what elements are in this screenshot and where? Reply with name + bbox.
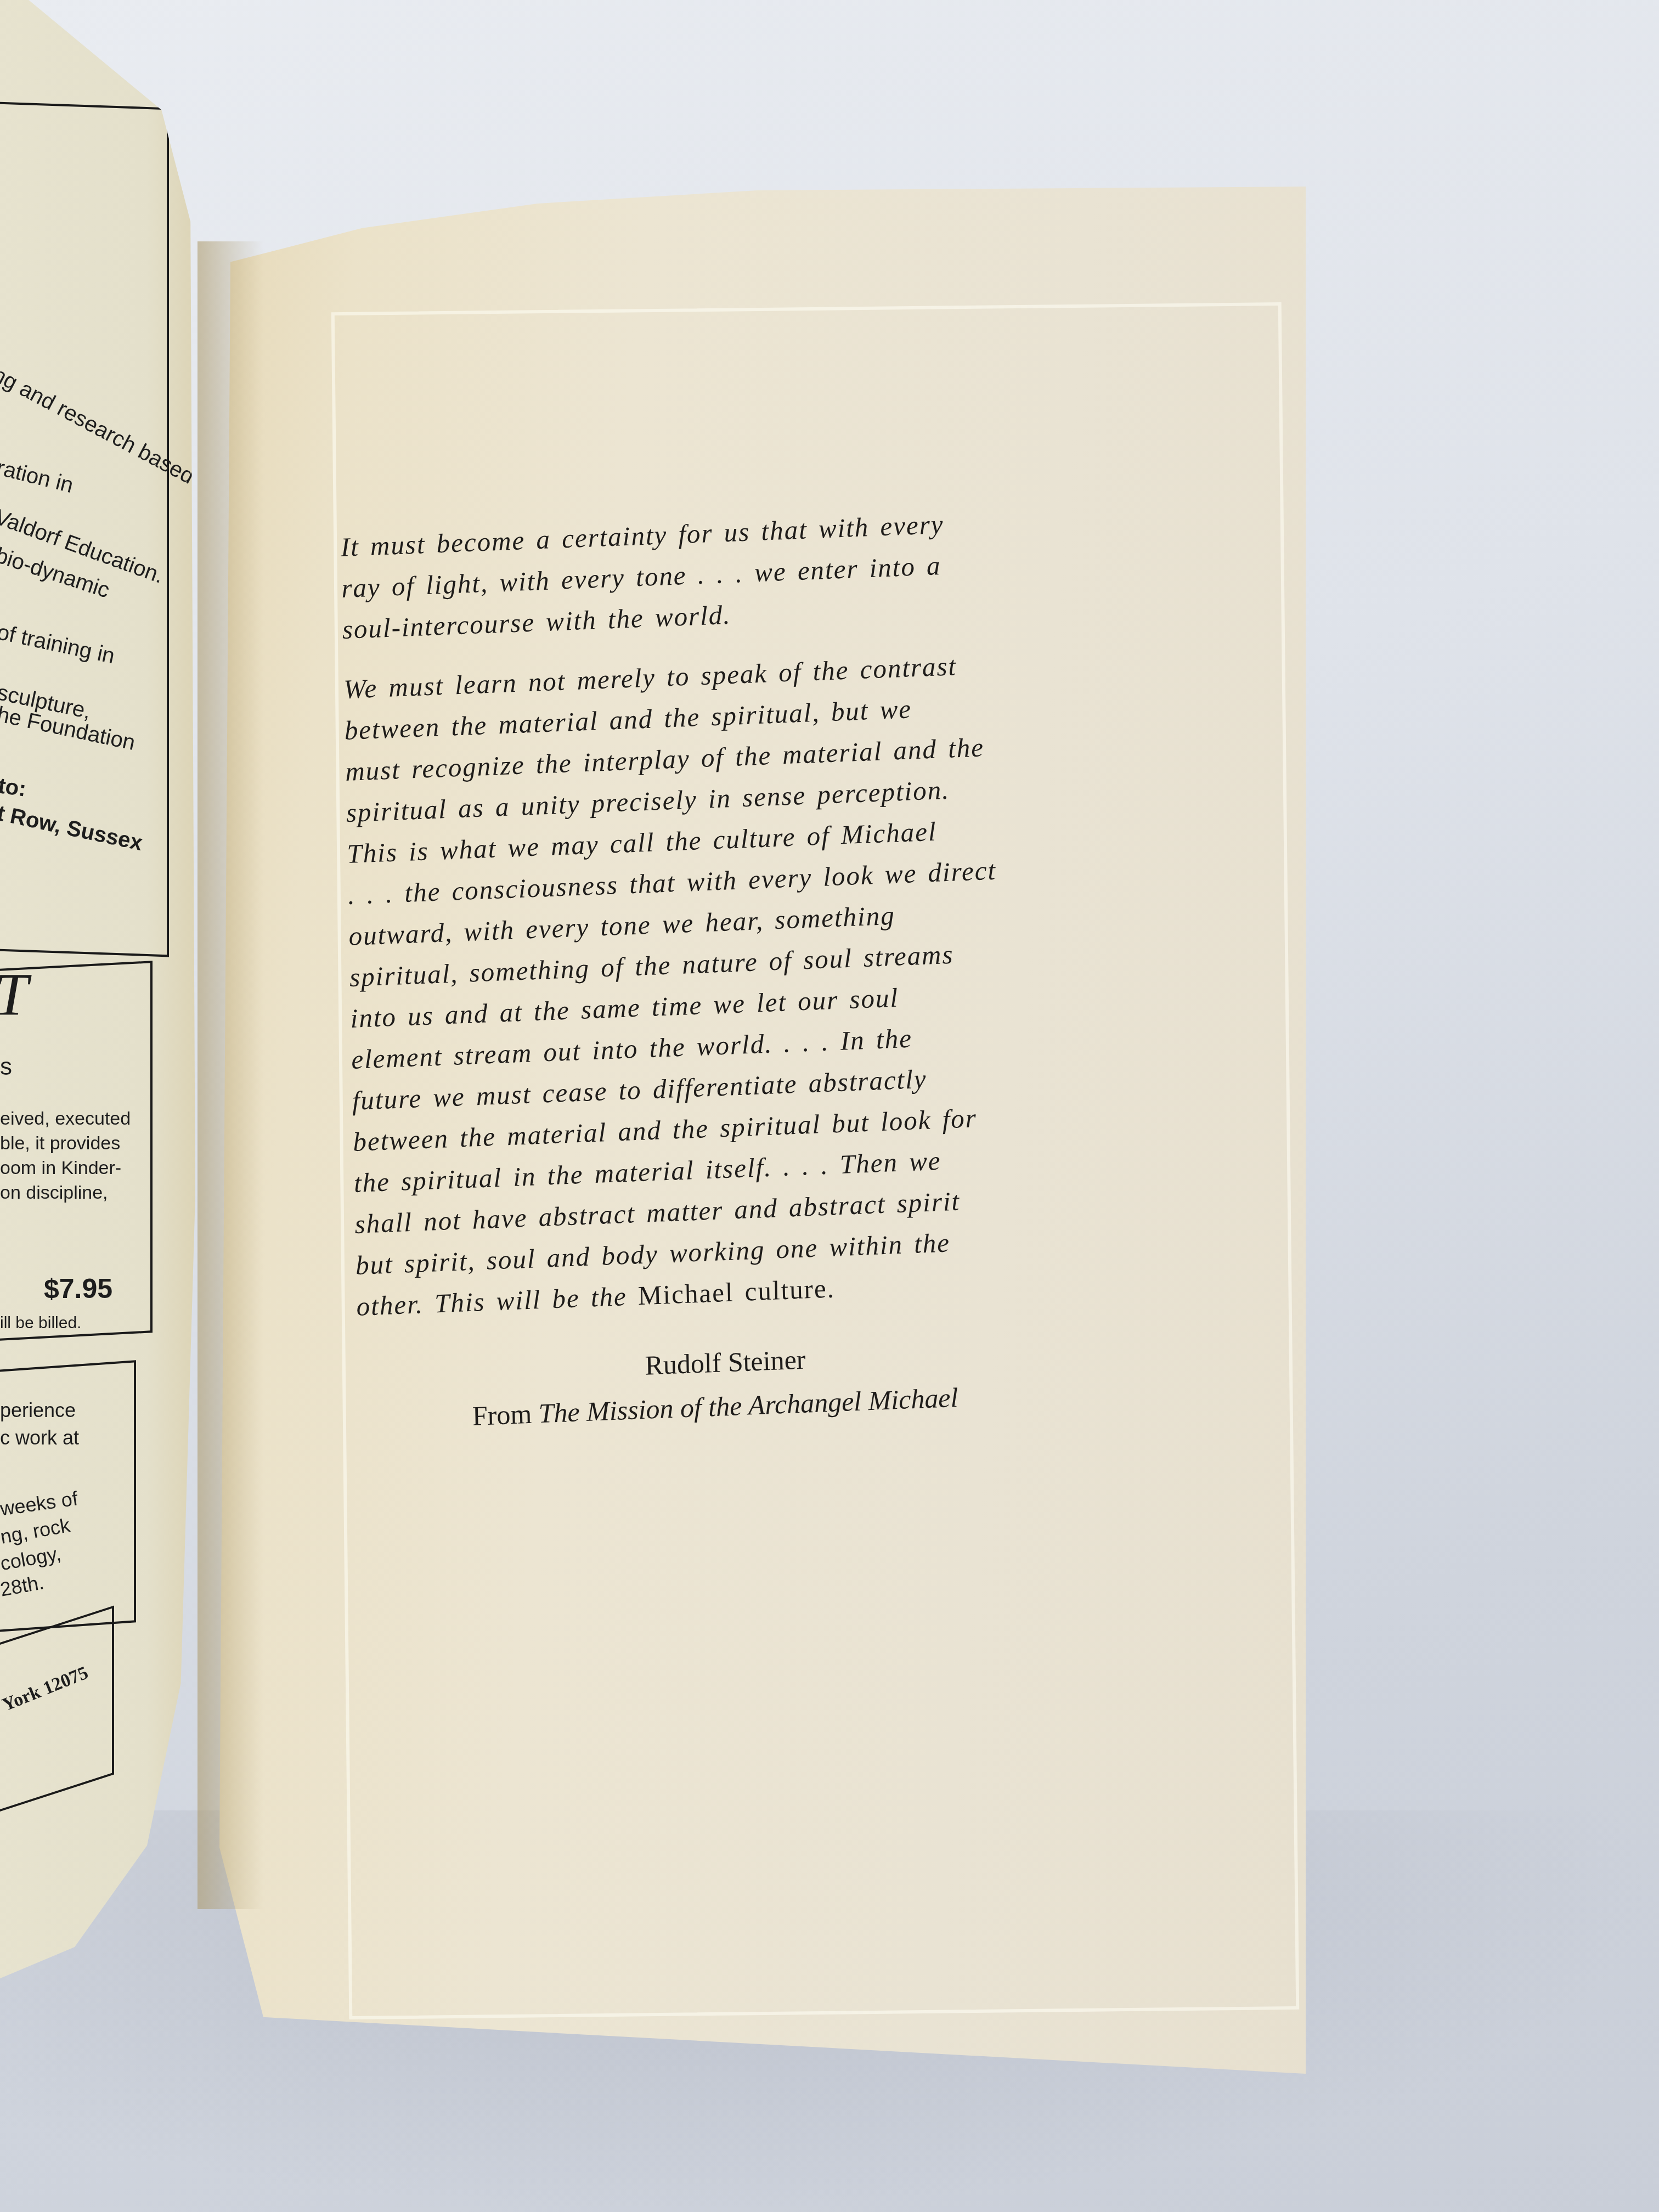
book-gutter (198, 241, 263, 1909)
left-text-fragment: ill be billed. (0, 1314, 81, 1333)
quote-paragraph-2: We must learn not merely to speak of the… (343, 641, 1069, 1327)
left-ad-box-4 (0, 1605, 114, 1822)
epigraph-quote: It must become a certainty for us that w… (340, 499, 1072, 1442)
quote-fragment-upright: Michael culture. (637, 1273, 835, 1311)
price-label: $7.95 (44, 1273, 112, 1305)
left-text-fragment: c work at (0, 1426, 79, 1449)
left-text-fragment: eived, executed (0, 1108, 131, 1130)
left-page: ng and research based ration in Valdorf … (0, 0, 219, 2008)
left-heading-fragment: T (0, 960, 28, 1030)
left-text-fragment: s (0, 1053, 12, 1081)
left-text-fragment: oom in Kinder- (0, 1158, 121, 1179)
left-text-fragment: perience (0, 1399, 76, 1422)
source-prefix: From (472, 1398, 539, 1431)
left-text-fragment: ble, it provides (0, 1133, 120, 1154)
left-text-fragment: on discipline, (0, 1182, 108, 1204)
quote-fragment-italic: other. This will be the (356, 1280, 638, 1322)
left-text-fragment: to: (0, 774, 28, 802)
